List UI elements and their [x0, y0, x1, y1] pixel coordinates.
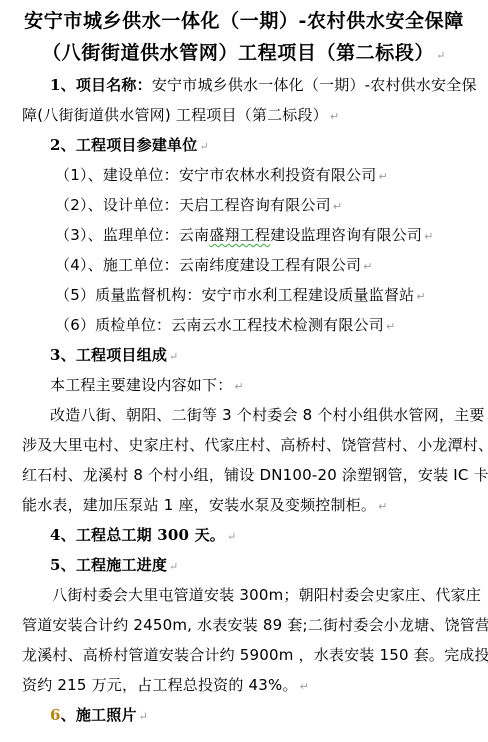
paragraph-mark-icon: ↵ [199, 140, 208, 153]
paragraph-mark-icon: ↵ [363, 260, 372, 273]
section-heading-photos: 6、施工照片↵ [50, 705, 148, 727]
section-heading-progress: 5、工程施工进度↵ [50, 555, 178, 577]
unit-item-supervision: （3）、监理单位：云南盛翔工程建设监理咨询有限公司↵ [55, 225, 434, 247]
project-name-line-1: 1、项目名称：安宁市城乡供水一体化（一期）-农村供水安全保 [50, 75, 477, 95]
paragraph-mark-icon: ↵ [378, 170, 387, 183]
unit-item-contractor: （4）、施工单位：云南纬度建设工程有限公司↵ [55, 255, 373, 277]
document-title-line-1: 安宁市城乡供水一体化（一期）-农村供水安全保障 [0, 8, 488, 34]
paragraph-mark-icon: ↵ [169, 560, 178, 573]
project-name-line-2: 障(八街街道供水管网) 工程项目（第二标段）↵ [22, 105, 339, 127]
paragraph-mark-icon: ↵ [424, 230, 433, 243]
progress-line-2: 管道安装合计约 2450m, 水表安装 89 套;二街村委会小龙塘、饶管营、 [22, 615, 488, 635]
composition-line-2: 涉及大里屯村、史家庄村、代家庄村、高桥村、饶管营村、小龙潭村、 [22, 435, 488, 455]
paragraph-mark-icon: ↵ [300, 680, 309, 693]
composition-intro: 本工程主要建设内容如下：↵ [50, 375, 244, 397]
progress-line-3: 龙溪村、高桥村管道安装合计约 5900m ，水表安装 150 套。完成投 [22, 645, 488, 665]
paragraph-mark-icon: ↵ [227, 530, 236, 543]
paragraph-mark-icon: ↵ [416, 290, 425, 303]
document-title-line-2: （八街街道供水管网）工程项目（第二标段）↵ [0, 40, 488, 69]
composition-line-3: 红石村、龙溪村 8 个村小组，铺设 DN100-20 涂塑钢管，安装 IC 卡智 [22, 465, 488, 485]
project-name-label: 1、项目名称： [50, 76, 152, 94]
project-name-value: 安宁市城乡供水一体化（一期）-农村供水安全保 [152, 76, 477, 94]
unit-item-quality-supervision: （5）质量监督机构：安宁市水利工程建设质量监督站↵ [55, 285, 426, 307]
paragraph-mark-icon: ↵ [169, 350, 178, 363]
unit-item-quality-inspection: （6）质检单位：云南云水工程技术检测有限公司↵ [55, 315, 395, 337]
progress-line-4: 资约 215 万元，占工程总投资的 43%。↵ [22, 675, 309, 697]
paragraph-mark-icon: ↵ [386, 320, 395, 333]
document-page: 安宁市城乡供水一体化（一期）-农村供水安全保障 （八街街道供水管网）工程项目（第… [0, 0, 488, 742]
unit-item-design: （2）、设计单位：天启工程咨询有限公司↵ [55, 195, 342, 217]
paragraph-mark-icon: ↵ [436, 49, 446, 62]
composition-line-4: 能水表，建加压泵站 1 座，安装水泵及变频控制柜。↵ [22, 495, 388, 517]
paragraph-mark-icon: ↵ [330, 110, 339, 123]
section-heading-duration: 4、工程总工期 300 天。↵ [50, 525, 236, 547]
grammar-flag-underline[interactable]: 盛翔工程 [209, 226, 270, 244]
paragraph-mark-icon: ↵ [378, 500, 387, 513]
section-heading-composition: 3、工程项目组成↵ [50, 345, 178, 367]
paragraph-mark-icon: ↵ [139, 710, 148, 723]
unit-item-construction: （1）、建设单位：安宁市农林水利投资有限公司↵ [55, 165, 388, 187]
section-heading-participants: 2、工程项目参建单位↵ [50, 135, 209, 157]
progress-line-1: 八街村委会大里屯管道安装 300m；朝阳村委会史家庄、代家庄 [52, 585, 481, 605]
paragraph-mark-icon: ↵ [333, 200, 342, 213]
paragraph-mark-icon: ↵ [234, 380, 243, 393]
composition-line-1: 改造八街、朝阳、二街等 3 个村委会 8 个村小组供水管网，主要 [50, 405, 485, 425]
